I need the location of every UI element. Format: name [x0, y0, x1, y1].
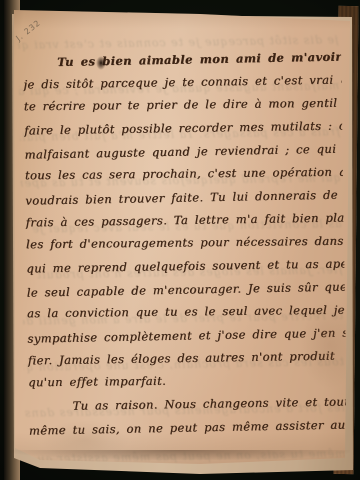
handwriting-line: as la conviction que tu es le seul avec …: [27, 299, 345, 326]
handwriting-line: les fort d'encouragements pour nécessair…: [26, 230, 344, 257]
handwriting-line: te récrire pour te prier de le dire à mo…: [24, 92, 342, 119]
manuscript-photo: je dis sitôt parceque je te connais et c…: [0, 0, 360, 480]
handwriting-line: qu'un effet imparfait.: [28, 368, 346, 395]
handwriting-line: tous les cas sera prochain, c'est une op…: [25, 161, 343, 188]
page-edge-shadow: [10, 450, 350, 460]
handwritten-letter-text: Tu es bien aimable mon ami de m'avoir éc…: [23, 46, 347, 442]
letter-page: je dis sitôt parceque je te connais et c…: [0, 0, 360, 480]
